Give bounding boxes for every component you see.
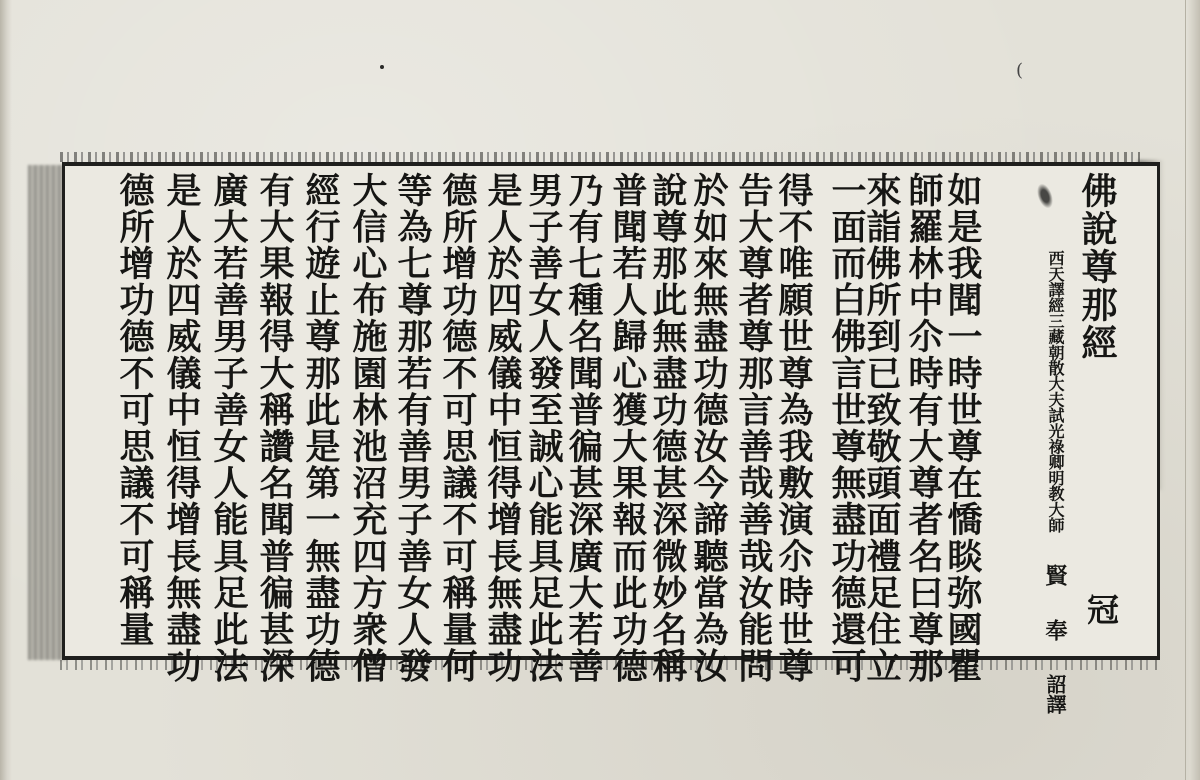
page-edge-right [1185, 0, 1200, 780]
text-column: 大信心布施園林池沼充四方衆僧 [347, 172, 387, 684]
sutra-title: 佛說尊那經 [1077, 172, 1117, 362]
text-column: 說尊那此無盡功德甚深微妙名稱 [647, 172, 687, 684]
text-column: 德所增功德不可思議不可稱量 [114, 172, 154, 648]
translator-name: 賢 [1042, 564, 1068, 586]
text-column: 等為七尊那若有善男子善女人發 [392, 172, 432, 684]
translator-line: 西天譯經三藏朝散大夫試光祿卿明教大師 賢 奉 詔譯 [1040, 250, 1071, 714]
text-column: 德所增功德不可思議不可稱量何 [437, 172, 477, 684]
ink-speck [380, 65, 384, 69]
case-mark: 冠 [1087, 585, 1119, 631]
text-column: 來詣佛所到已致敬頭面禮足住立 [861, 172, 901, 684]
ink-smudge-left [28, 165, 66, 660]
text-column: 男子善女人發至誠心能具足此法 [523, 172, 563, 684]
text-column: 乃有七種名聞普徧甚深廣大若善 [563, 172, 603, 684]
page-edge-left [0, 0, 12, 780]
text-column: 廣大若善男子善女人能具足此法 [208, 172, 248, 684]
translator-office: 西天譯經三藏朝散大夫試光祿卿明教大師 [1046, 250, 1065, 533]
text-column: 普聞若人歸心獲大果報而此功德 [607, 172, 647, 684]
text-column: 師羅林中尒時有大尊者名曰尊那 [903, 172, 943, 684]
text-column: 一面而白佛言世尊無盡功德還可 [826, 172, 866, 684]
translator-edict: 詔譯 [1043, 674, 1067, 714]
text-column: 是人於四威儀中恒得增長無盡功 [482, 172, 522, 684]
translator-verb: 奉 [1042, 619, 1068, 641]
text-column: 告大尊者尊那言善哉善哉汝能問 [733, 172, 773, 684]
text-column: 於如來無盡功德汝今諦聽當為汝 [688, 172, 728, 684]
text-column: 得不唯願世尊為我敷演尒時世尊 [773, 172, 813, 684]
text-column: 有大果報得大稱讚名聞普徧甚深 [254, 172, 294, 684]
text-column: 如是我聞一時世尊在憍睒弥國瞿 [942, 172, 982, 684]
text-column: 經行遊止尊那此是第一無盡功德 [300, 172, 340, 684]
text-column: 是人於四威儀中恒得增長無盡功 [161, 172, 201, 684]
frame-top-ink [60, 152, 1140, 162]
stray-mark: ( [1016, 60, 1023, 81]
